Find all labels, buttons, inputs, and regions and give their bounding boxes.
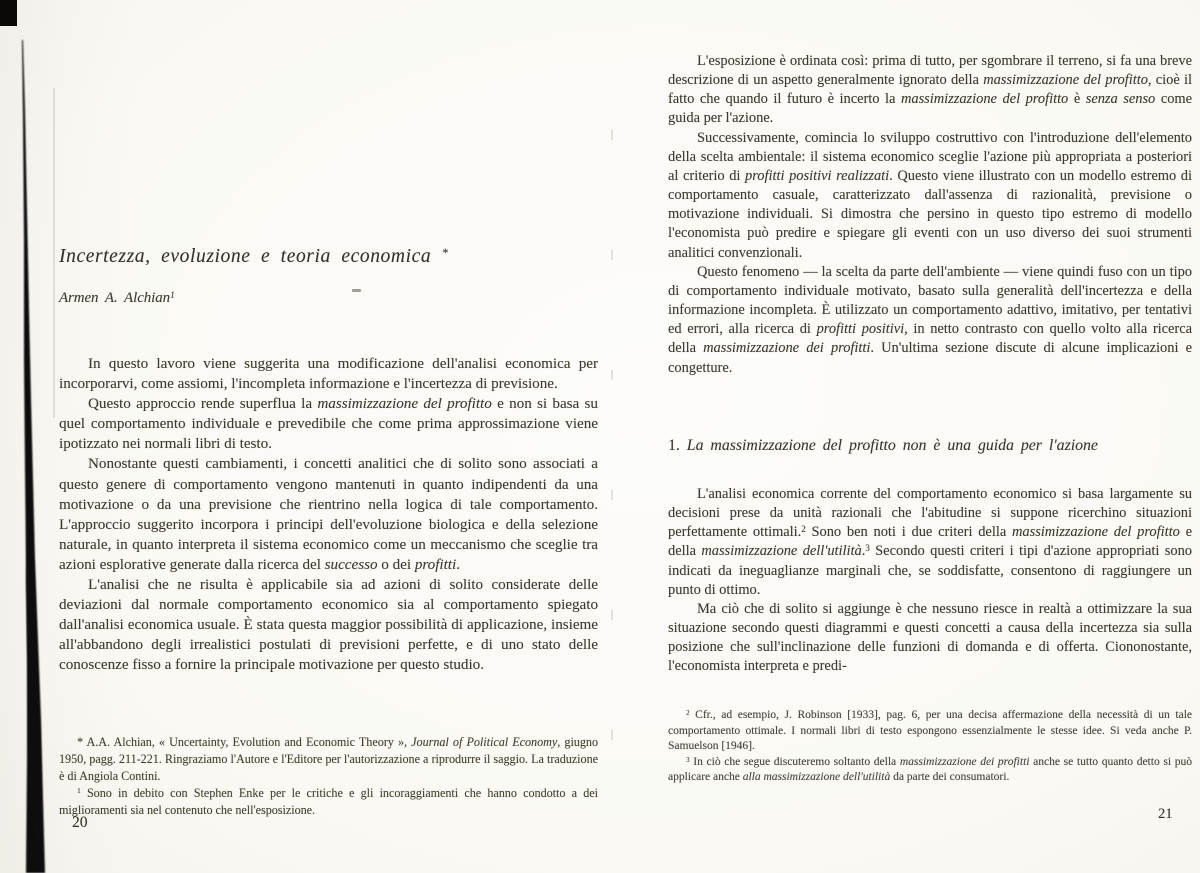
right-page-intro-body: L'esposizione è ordinata così: prima di …	[668, 52, 1192, 378]
body-paragraph: L'esposizione è ordinata così: prima di …	[668, 52, 1192, 129]
book-page-scan: Incertezza, evoluzione e teoria economic…	[0, 0, 1200, 873]
body-paragraph: L'analisi economica corrente del comport…	[668, 485, 1192, 600]
page-gutter-shadow	[611, 130, 613, 780]
body-paragraph: Ma ciò che di solito si aggiunge è che n…	[668, 600, 1192, 677]
article-author: Armen A. Alchian1	[59, 290, 359, 307]
section-heading: 1. La massimizzazione del profitto non è…	[668, 437, 1192, 455]
right-page-footnotes: 2 Cfr., ad esempio, J. Robinson [1933], …	[668, 708, 1192, 786]
left-page-footnotes: * A.A. Alchian, « Uncertainty, Evolution…	[59, 734, 598, 819]
body-paragraph: L'analisi che ne risulta è applicabile s…	[59, 575, 598, 675]
footnote: 3 In ciò che segue discuteremo soltanto …	[668, 755, 1192, 786]
page-number-right: 21	[1158, 806, 1173, 823]
right-page-section-body: L'analisi economica corrente del comport…	[668, 485, 1192, 677]
left-page-body: In questo lavoro viene suggerita una mod…	[59, 354, 598, 676]
body-paragraph: Nonostante questi cambiamenti, i concett…	[59, 454, 598, 575]
scan-fold-line	[53, 88, 55, 418]
body-paragraph: Questo approccio rende superflua la mass…	[59, 394, 598, 454]
body-paragraph: Questo fenomeno — la scelta da parte del…	[668, 263, 1192, 378]
footnote: * A.A. Alchian, « Uncertainty, Evolution…	[59, 734, 598, 785]
body-paragraph: Successivamente, comincia lo sviluppo co…	[668, 129, 1192, 263]
body-paragraph: In questo lavoro viene suggerita una mod…	[59, 354, 598, 394]
footnote: 2 Cfr., ad esempio, J. Robinson [1933], …	[668, 708, 1192, 755]
footnote: 1 Sono in debito con Stephen Enke per le…	[59, 785, 598, 819]
article-title: Incertezza, evoluzione e teoria economic…	[59, 246, 539, 268]
page-number-left: 20	[72, 814, 88, 832]
